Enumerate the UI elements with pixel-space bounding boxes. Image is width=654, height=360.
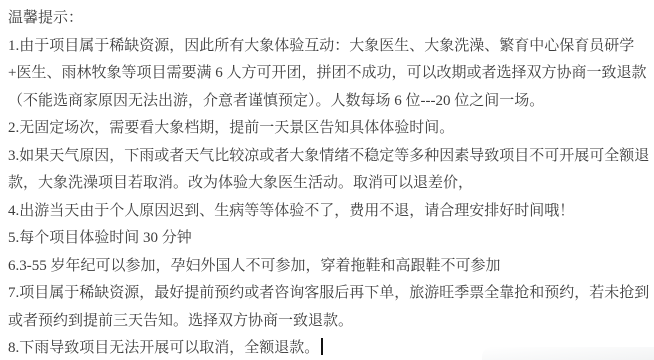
notice-item-4: 4.出游当天由于个人原因迟到、生病等等体验不了，费用不退，请合理安排好时间哦！ bbox=[8, 198, 650, 226]
notice-item-8-text: 8.下雨导致项目无法开展可以取消，全额退款。 bbox=[8, 340, 319, 356]
notice-item-6: 6.3-55 岁年纪可以参加，孕妇外国人不可参加，穿着拖鞋和高跟鞋不可参加 bbox=[8, 253, 650, 281]
notice-item-2: 2.无固定场次，需要看大象档期，提前一天景区告知具体体验时间。 bbox=[8, 115, 650, 143]
notice-item-7: 7.项目属于稀缺资源，最好提前预约或者咨询客服后再下单，旅游旺季票全靠抢和预约，… bbox=[8, 280, 650, 335]
notice-document: 温馨提示： 1.由于项目属于稀缺资源，因此所有大象体验互动：大象医生、大象洗澡、… bbox=[0, 0, 654, 360]
notice-text-area[interactable]: 温馨提示： 1.由于项目属于稀缺资源，因此所有大象体验互动：大象医生、大象洗澡、… bbox=[0, 0, 654, 360]
notice-item-5: 5.每个项目体验时间 30 分钟 bbox=[8, 225, 650, 253]
notice-title: 温馨提示： bbox=[8, 5, 650, 33]
notice-item-1: 1.由于项目属于稀缺资源，因此所有大象体验互动：大象医生、大象洗澡、繁育中心保育… bbox=[8, 33, 650, 116]
notice-item-3: 3.如果天气原因，下雨或者天气比较凉或者大象情绪不稳定等多种因素导致项目不可开展… bbox=[8, 143, 650, 198]
notice-item-8: 8.下雨导致项目无法开展可以取消，全额退款。 bbox=[8, 335, 650, 360]
text-cursor bbox=[321, 338, 323, 355]
